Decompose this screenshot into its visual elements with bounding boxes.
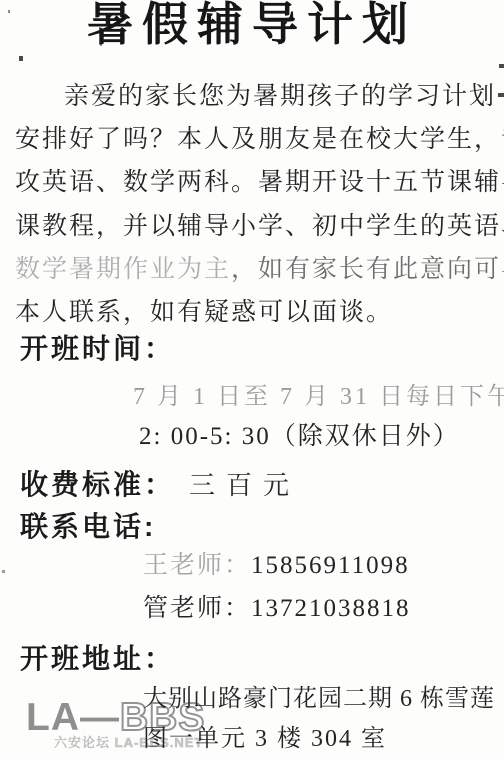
class-time-label: 开班时间：	[20, 331, 175, 366]
teacher-1-phone: 15856911098	[251, 552, 410, 579]
scanned-flyer-document: LA—BBS 六安论坛 LA-BBS.NET 暑假辅导计划 亲爱的家长您为暑期孩…	[0, 0, 504, 760]
intro-line-4: 课教程，并以辅导小学、初中学生的英语、	[15, 211, 504, 242]
scan-speck	[499, 64, 504, 68]
intro-line-6: 本人联系，如有疑惑可以面谈。	[15, 297, 393, 328]
intro-line-2: 安排好了吗？本人及朋友是在校大学生，专	[15, 124, 504, 155]
address-line-2: 图一单元 3 楼 304 室	[143, 724, 387, 754]
fee-label: 收费标准：	[20, 469, 175, 500]
scan-speck	[498, 93, 504, 97]
intro-line-5-faded-text: 数学暑期作业为主	[15, 256, 231, 283]
document-title: 暑假辅导计划	[0, 0, 504, 54]
fee-value: 三百元	[189, 471, 300, 500]
intro-line-3: 攻英语、数学两科。暑期开设十五节课辅导	[15, 167, 504, 198]
intro-line-1: 亲爱的家长您为暑期孩子的学习计划	[64, 81, 496, 112]
address-label: 开班地址：	[20, 641, 175, 676]
scan-speck	[2, 570, 5, 573]
teacher-2-phone: 13721038818	[251, 595, 411, 622]
watermark-logo-solid: LA—	[26, 696, 120, 739]
intro-line-5: 数学暑期作业为主，如有家长有此意向可与	[15, 254, 504, 285]
scan-speck	[19, 56, 23, 61]
teacher-1-row: 王老师：15856911098	[143, 550, 410, 581]
teacher-1-name: 王老师：	[143, 552, 251, 579]
intro-line-5-clear-text: ，如有家长有此意向可与	[231, 256, 504, 283]
teacher-2-row: 管老师：13721038818	[143, 593, 411, 624]
class-time-hours: 2: 00-5: 30（除双休日外）	[139, 421, 460, 452]
watermark-forum-name: 六安论坛	[54, 735, 115, 750]
address-line-1: 大别山路豪门花园二期 6 栋雪莲	[143, 684, 495, 714]
teacher-2-name: 管老师：	[143, 595, 251, 622]
contact-label: 联系电话:	[20, 509, 156, 544]
class-time-dates: 7 月 1 日至 7 月 31 日每日下午	[133, 382, 504, 412]
fee-row: 收费标准：三百元	[20, 467, 300, 503]
